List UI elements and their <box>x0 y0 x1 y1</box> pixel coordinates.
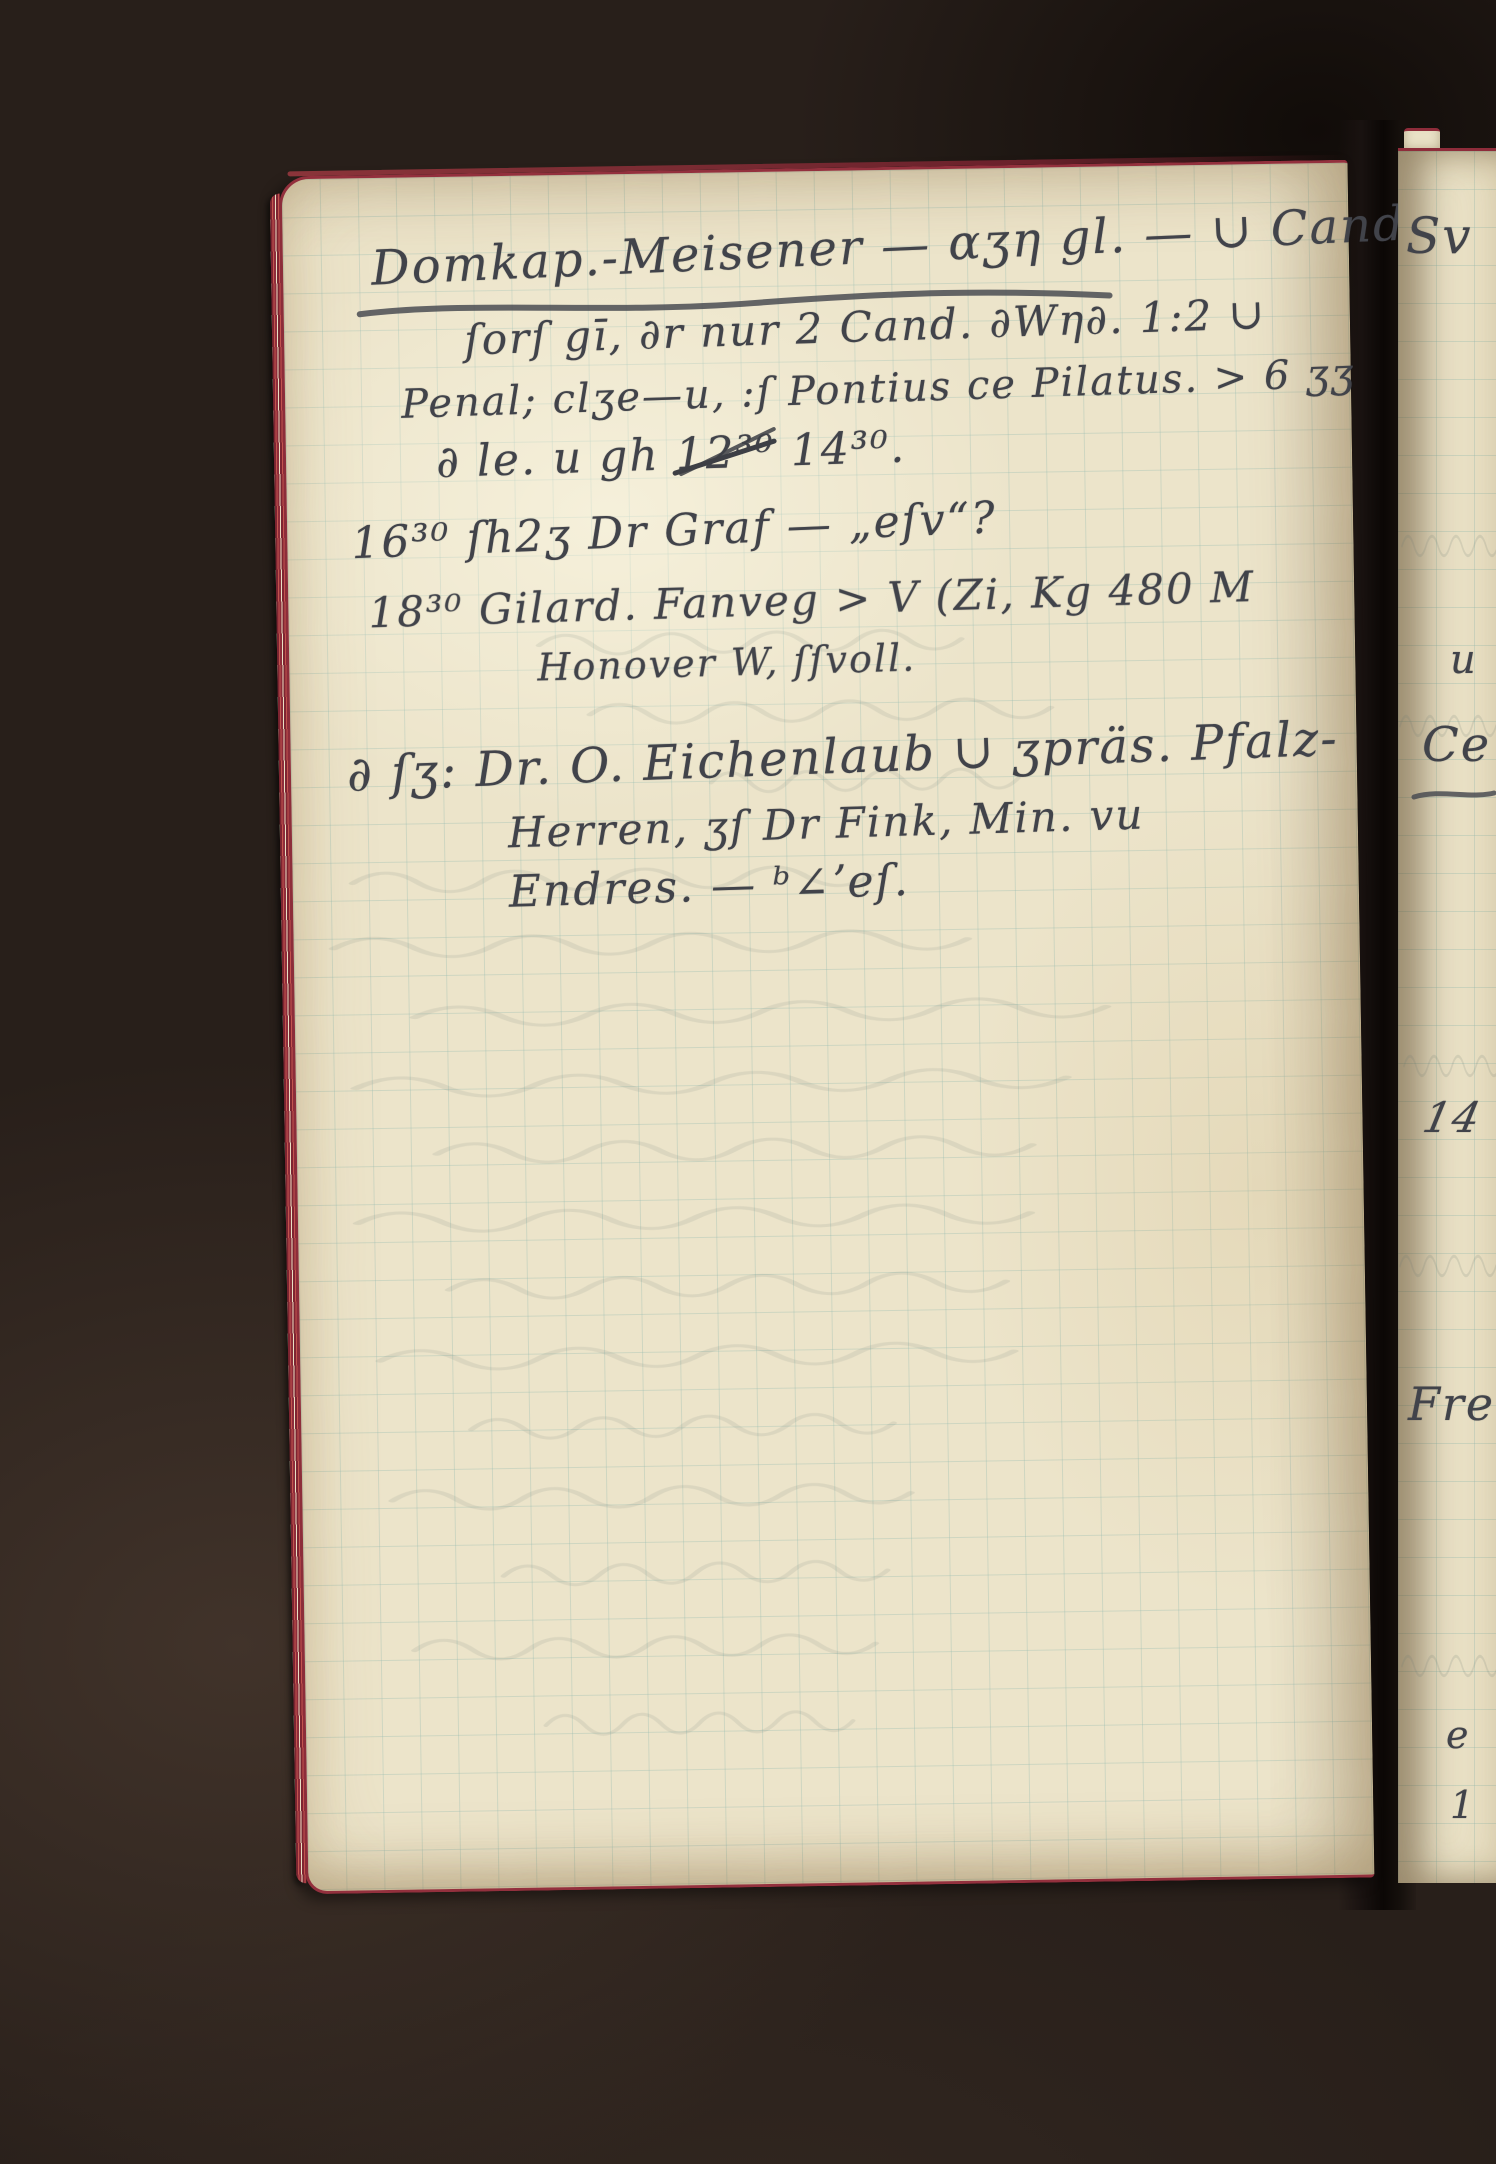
right-fragment-ce: Ce <box>1422 717 1491 773</box>
right-fragment-e: e <box>1446 1713 1471 1757</box>
photo-background: Domkap.-Meisener — αʒη gl. — ∪ Cand. ſor… <box>0 0 1496 2164</box>
time-struck-value: 12³⁰ <box>675 426 776 480</box>
time-note-pre: ∂ le. u gh <box>435 429 676 488</box>
right-fragment-u: u <box>1450 637 1478 683</box>
right-fragment-14: 14 <box>1419 1093 1487 1142</box>
notebook-right-page: Sv u Ce 14 Frei e 1 <box>1398 148 1496 1883</box>
ink-bleed-through-layer-right <box>1398 151 1496 1883</box>
time-note-post: 14³⁰. <box>774 422 907 477</box>
right-fragment-frei: Frei <box>1408 1377 1496 1431</box>
notebook-left-page: Domkap.-Meisener — αʒη gl. — ∪ Cand. ſor… <box>279 160 1375 1895</box>
right-fragment-1: 1 <box>1450 1783 1476 1827</box>
right-fragment-sv: Sv <box>1406 207 1473 265</box>
ce-underline-stroke <box>1412 785 1496 805</box>
